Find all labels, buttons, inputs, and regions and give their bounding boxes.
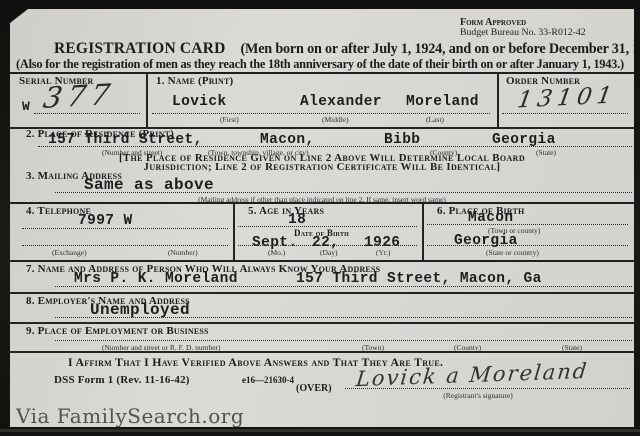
registration-card: Form Approved Budget Bureau No. 33-R012-… xyxy=(10,9,634,427)
contact-address-value: 157 Third Street, Macon, Ga xyxy=(296,271,542,287)
name-dotted-line xyxy=(152,113,490,114)
birth-state-dotted-line xyxy=(427,245,628,246)
name-last-value: Moreland xyxy=(406,94,479,110)
print-code-text: e16—21630-4 xyxy=(242,375,294,385)
row7-bottom-border xyxy=(10,292,634,294)
name-first-value: Lovick xyxy=(172,94,227,110)
row3-bottom-border xyxy=(10,202,634,204)
sub-number: (Number) xyxy=(168,248,198,257)
subtitle: (Also for the registration of men as the… xyxy=(16,57,624,72)
telephone-bottom-dotted-line xyxy=(22,245,228,246)
contact-name-value: Mrs P. K. Moreland xyxy=(74,271,238,287)
name-middle-value: Alexander xyxy=(300,94,382,110)
form-number-text: DSS Form 1 (Rev. 11-16-42) xyxy=(54,374,190,386)
contact-dotted-line xyxy=(55,286,632,287)
order-number-value: 13101 xyxy=(515,82,618,113)
name-label: 1. Name (Print) xyxy=(156,75,233,87)
employment-place-label: 9. Place of Employment or Business xyxy=(26,325,209,337)
serial-prefix: W xyxy=(22,99,30,114)
signature-sub-label: (Registrant's signature) xyxy=(408,391,548,400)
divider-serial-name xyxy=(146,72,148,127)
sub-day: (Day) xyxy=(320,248,338,257)
photo-edge-strip xyxy=(0,429,640,432)
budget-bureau-text: Budget Bureau No. 33-R012-42 xyxy=(460,28,586,38)
employer-dotted-line xyxy=(55,317,632,318)
sub-birth-state: (State or country) xyxy=(486,248,539,257)
row9-bottom-border xyxy=(10,351,634,353)
residence-dotted-line xyxy=(38,146,632,147)
order-dotted-line xyxy=(502,113,628,114)
mailing-dotted-line xyxy=(55,192,632,193)
serial-number-value: 377 xyxy=(41,77,117,115)
scanned-registration-card-photo: { "watermark": "Via FamilySearch.org", "… xyxy=(0,0,640,436)
familysearch-watermark: Via FamilySearch.org xyxy=(16,404,244,428)
birth-town-dotted-line xyxy=(427,224,628,225)
dob-dotted-line xyxy=(238,245,417,246)
age-dotted-line xyxy=(238,226,417,227)
signature-dotted-line xyxy=(345,388,630,389)
sub-exchange: (Exchange) xyxy=(52,248,87,257)
telephone-value: 7997 W xyxy=(78,213,133,229)
sub-first: (First) xyxy=(220,115,239,124)
sub-last: (Last) xyxy=(426,115,444,124)
employment-dotted-line xyxy=(55,340,632,341)
divider-telephone-age xyxy=(233,202,235,260)
age-label: 5. Age in Years xyxy=(248,205,324,217)
sub-month: (Mo.) xyxy=(268,248,285,257)
sub-year: (Yr.) xyxy=(376,248,390,257)
divider-name-order xyxy=(497,72,499,127)
title-line: REGISTRATION CARD (Men born on or after … xyxy=(54,40,640,58)
row6-bottom-border xyxy=(10,260,634,262)
form-approval-block: Form Approved Budget Bureau No. 33-R012-… xyxy=(460,18,586,37)
sub-middle: (Middle) xyxy=(322,115,349,124)
row8-bottom-border xyxy=(10,322,634,324)
divider-age-birth xyxy=(422,202,424,260)
title-note: (Men born on or after July 1, 1924, and … xyxy=(241,41,640,58)
page-title: REGISTRATION CARD xyxy=(54,40,226,58)
telephone-dotted-line xyxy=(22,228,228,229)
serial-dotted-line xyxy=(34,113,140,114)
table-top-border xyxy=(10,72,634,74)
birth-state-value: Georgia xyxy=(454,233,518,249)
over-text: (OVER) xyxy=(296,383,332,394)
